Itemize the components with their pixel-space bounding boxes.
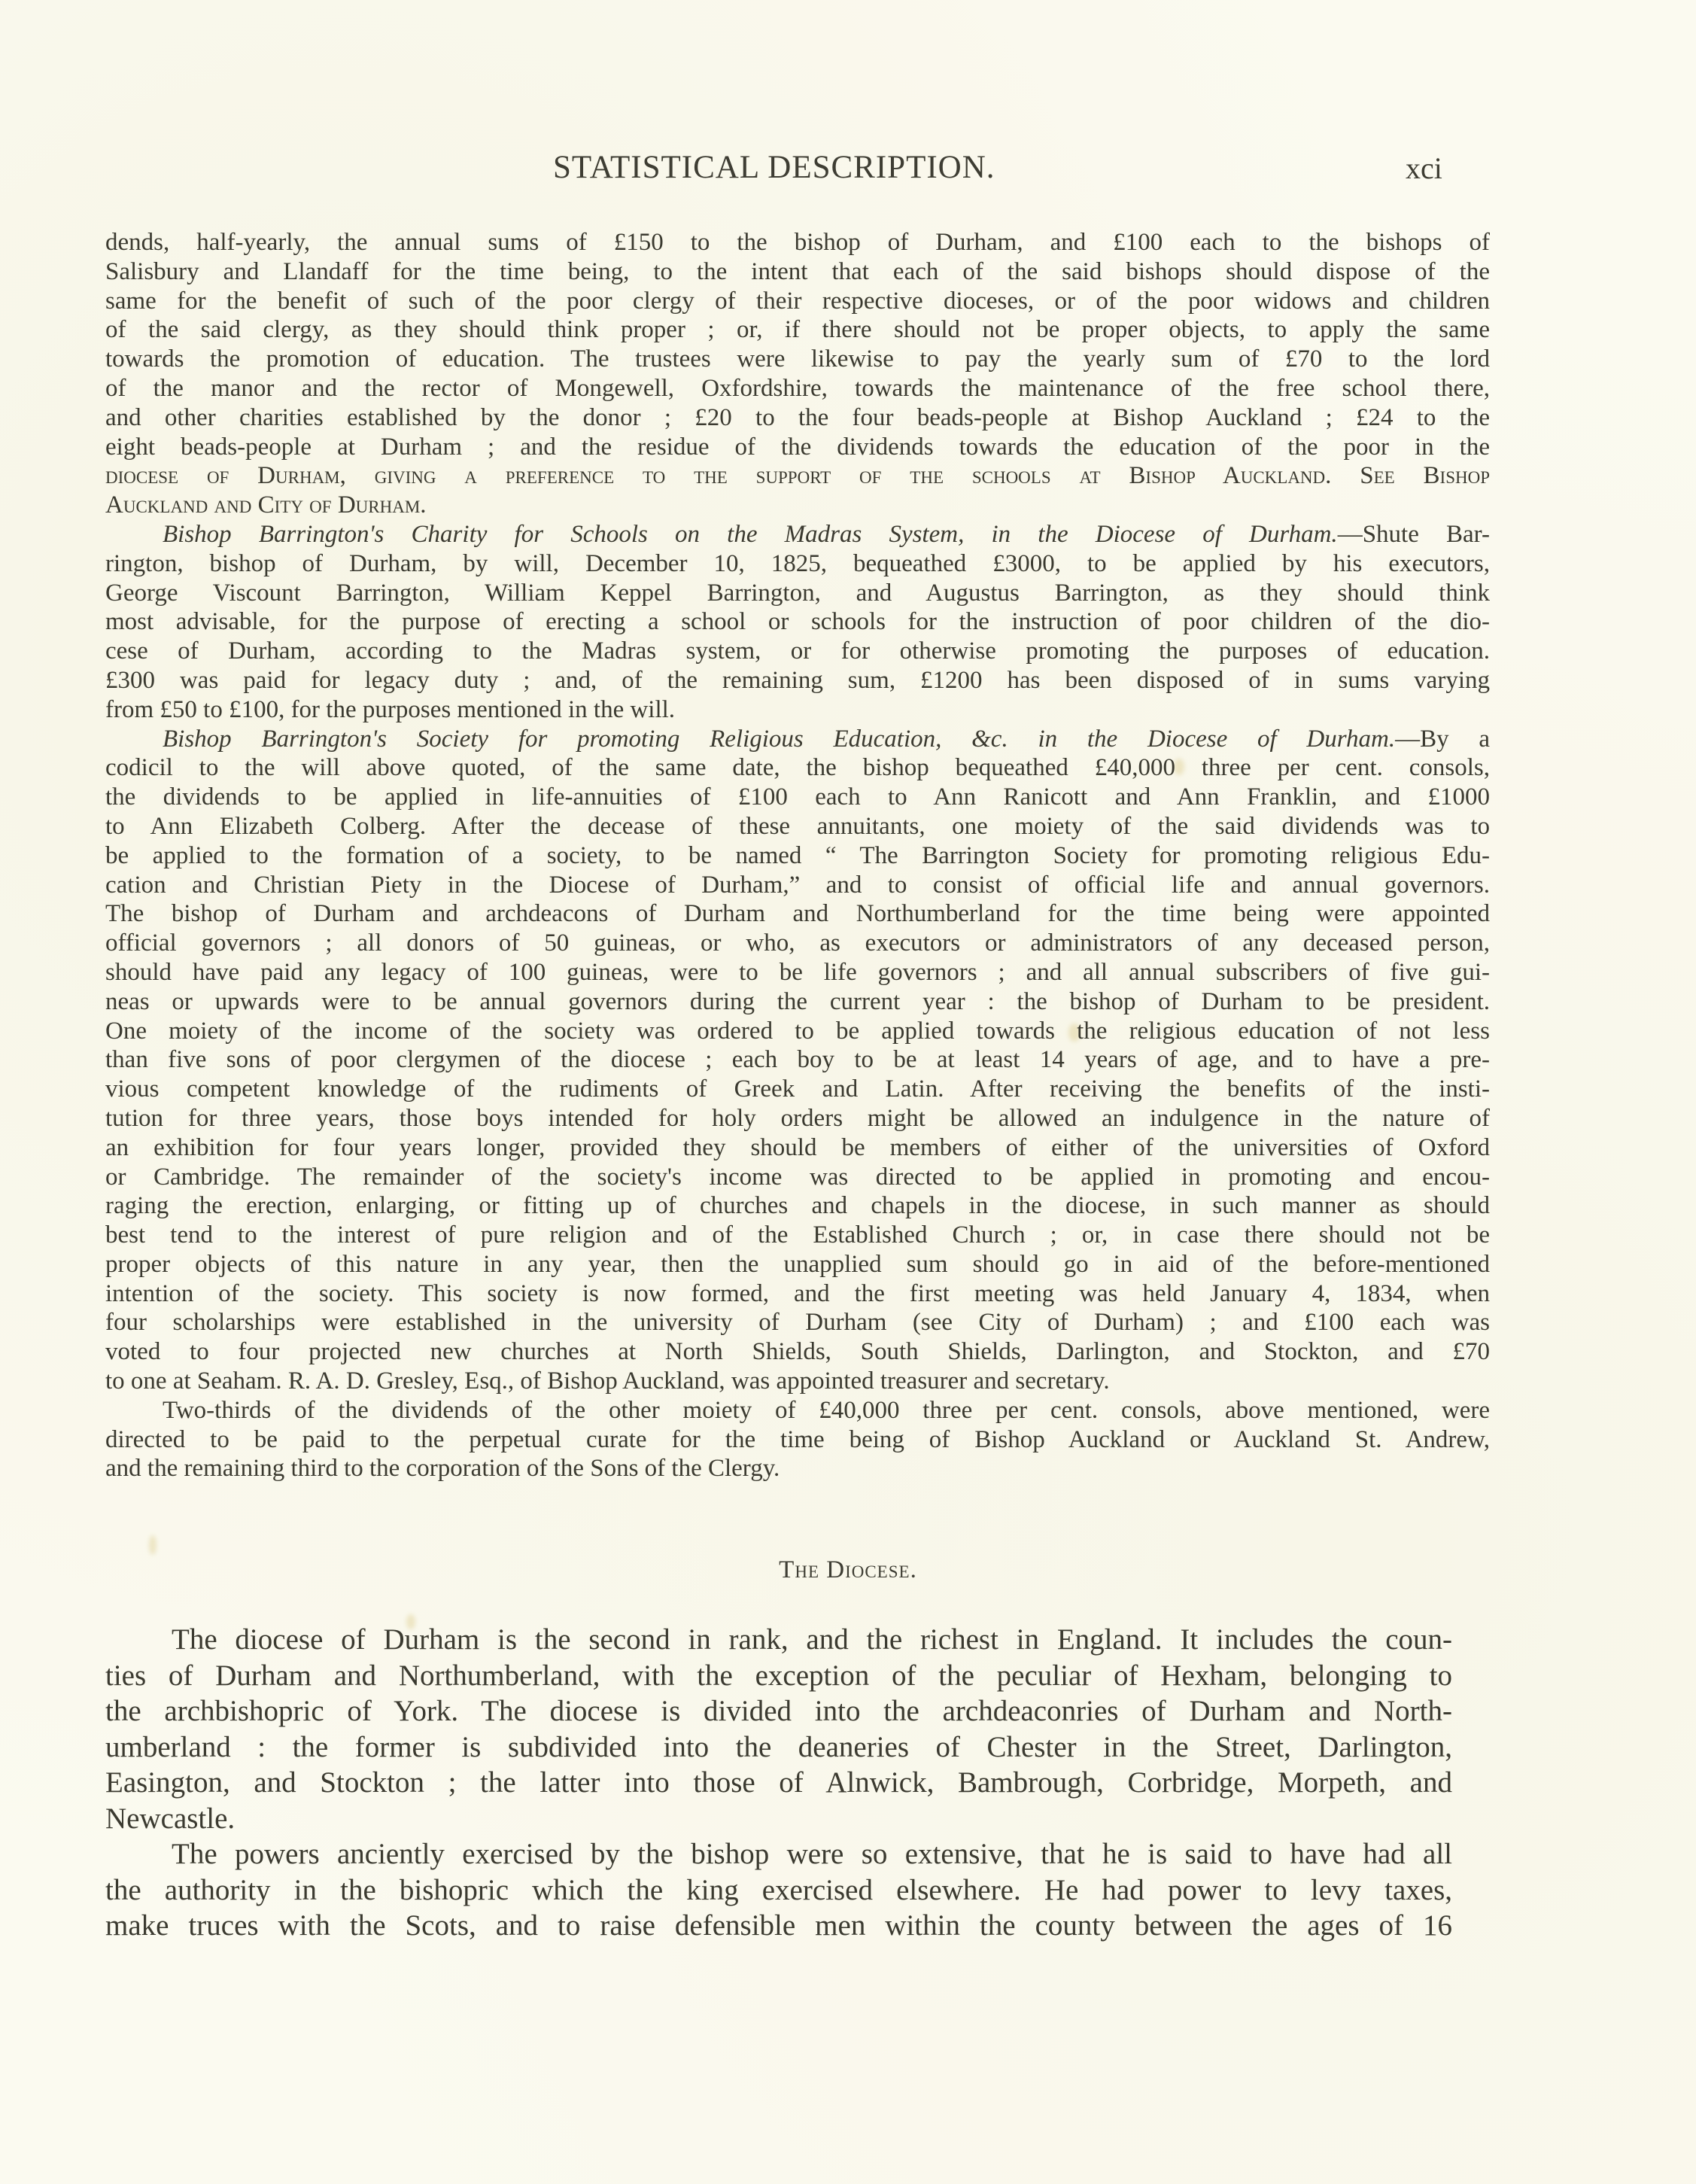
text-line: eight beads-people at Durham ; and the r… — [105, 433, 1490, 462]
text-line: than five sons of poor clergymen of the … — [105, 1045, 1490, 1075]
text-line: intention of the society. This society i… — [105, 1279, 1490, 1309]
text-line: Salisbury and Llandaff for the time bein… — [105, 257, 1490, 287]
text-line: the authority in the bishopric which the… — [105, 1872, 1452, 1909]
text-run: —By a — [1395, 725, 1490, 753]
paragraph-first-line: Bishop Barrington's Charity for Schools … — [105, 520, 1490, 549]
paragraph-title: Bishop Barrington's Charity for Schools … — [163, 521, 1338, 548]
paragraph-title: Bishop Barrington's Society for promotin… — [163, 725, 1395, 753]
text-line: vious competent knowledge of the rudimen… — [105, 1075, 1490, 1104]
text-line: to one at Seaham. R. A. D. Gresley, Esq.… — [105, 1367, 1490, 1396]
text-line: The diocese of Durham is the second in r… — [105, 1622, 1452, 1658]
text-line: an exhibition for four years longer, pro… — [105, 1133, 1490, 1163]
text-line: One moiety of the income of the society … — [105, 1017, 1490, 1046]
continuation-paragraph: dends, half-yearly, the annual sums of £… — [105, 228, 1490, 520]
society-paragraph: Bishop Barrington's Society for promotin… — [105, 725, 1490, 1396]
text-run: —Shute Bar- — [1338, 521, 1490, 548]
text-line: and other charities established by the d… — [105, 403, 1490, 433]
running-title: STATISTICAL DESCRIPTION. — [553, 149, 995, 186]
text-line: best tend to the interest of pure religi… — [105, 1221, 1490, 1250]
text-line: £300 was paid for legacy duty ; and, of … — [105, 666, 1490, 695]
text-line: or Cambridge. The remainder of the socie… — [105, 1163, 1490, 1192]
other-moiety-paragraph: Two-thirds of the dividends of the other… — [105, 1396, 1490, 1483]
madras-charity-paragraph: Bishop Barrington's Charity for Schools … — [105, 520, 1490, 725]
paragraph-first-line: Bishop Barrington's Society for promotin… — [105, 725, 1490, 754]
text-line: of the manor and the rector of Mongewell… — [105, 374, 1490, 403]
diocese-paragraph-2: The powers anciently exercised by the bi… — [105, 1836, 1452, 1944]
diocese-text: The diocese of Durham is the second in r… — [105, 1622, 1452, 1944]
text-line: be applied to the formation of a society… — [105, 841, 1490, 871]
text-line: The powers anciently exercised by the bi… — [105, 1836, 1452, 1872]
text-line: from £50 to £100, for the purposes menti… — [105, 695, 1490, 725]
book-page: STATISTICAL DESCRIPTION. xci dends, half… — [0, 0, 1696, 2184]
text-line: George Viscount Barrington, William Kepp… — [105, 579, 1490, 608]
page-number: xci — [1406, 151, 1442, 186]
text-line: of the said clergy, as they should think… — [105, 315, 1490, 345]
text-line: neas or upwards were to be annual govern… — [105, 987, 1490, 1017]
text-line: cese of Durham, according to the Madras … — [105, 637, 1490, 666]
text-line: diocese of Durham, giving a preference t… — [105, 461, 1490, 491]
text-line: Two-thirds of the dividends of the other… — [105, 1396, 1490, 1425]
text-line: most advisable, for the purpose of erect… — [105, 607, 1490, 637]
text-line: Newcastle. — [105, 1801, 1452, 1837]
text-line: to Ann Elizabeth Colberg. After the dece… — [105, 812, 1490, 841]
text-line: dends, half-yearly, the annual sums of £… — [105, 228, 1490, 257]
text-line: should have paid any legacy of 100 guine… — [105, 958, 1490, 987]
text-line: tution for three years, those boys inten… — [105, 1104, 1490, 1133]
text-line: four scholarships were established in th… — [105, 1308, 1490, 1337]
text-line: umberland : the former is subdivided int… — [105, 1729, 1452, 1766]
text-line: towards the promotion of education. The … — [105, 345, 1490, 374]
text-line: rington, bishop of Durham, by will, Dece… — [105, 549, 1490, 579]
text-line: The bishop of Durham and archdeacons of … — [105, 899, 1490, 929]
section-heading: The Diocese. — [0, 1556, 1696, 1584]
text-line: the dividends to be applied in life-annu… — [105, 783, 1490, 812]
text-line: make truces with the Scots, and to raise… — [105, 1908, 1452, 1944]
text-line: proper objects of this nature in any yea… — [105, 1250, 1490, 1279]
charities-text: dends, half-yearly, the annual sums of £… — [105, 228, 1490, 1483]
text-line: Easington, and Stockton ; the latter int… — [105, 1765, 1452, 1801]
paper-stain — [149, 1535, 157, 1555]
text-line: cation and Christian Piety in the Dioces… — [105, 871, 1490, 900]
text-line: and the remaining third to the corporati… — [105, 1454, 1490, 1483]
text-line: official governors ; all donors of 50 gu… — [105, 929, 1490, 958]
text-line: Auckland and City of Durham. — [105, 491, 1490, 520]
diocese-paragraph-1: The diocese of Durham is the second in r… — [105, 1622, 1452, 1836]
text-line: same for the benefit of such of the poor… — [105, 287, 1490, 316]
text-line: voted to four projected new churches at … — [105, 1337, 1490, 1367]
running-head: STATISTICAL DESCRIPTION. xci — [0, 149, 1696, 194]
text-line: ties of Durham and Northumberland, with … — [105, 1658, 1452, 1694]
text-line: raging the erection, enlarging, or fitti… — [105, 1191, 1490, 1221]
text-line: codicil to the will above quoted, of the… — [105, 753, 1490, 783]
text-line: directed to be paid to the perpetual cur… — [105, 1425, 1490, 1455]
text-line: the archbishopric of York. The diocese i… — [105, 1693, 1452, 1729]
